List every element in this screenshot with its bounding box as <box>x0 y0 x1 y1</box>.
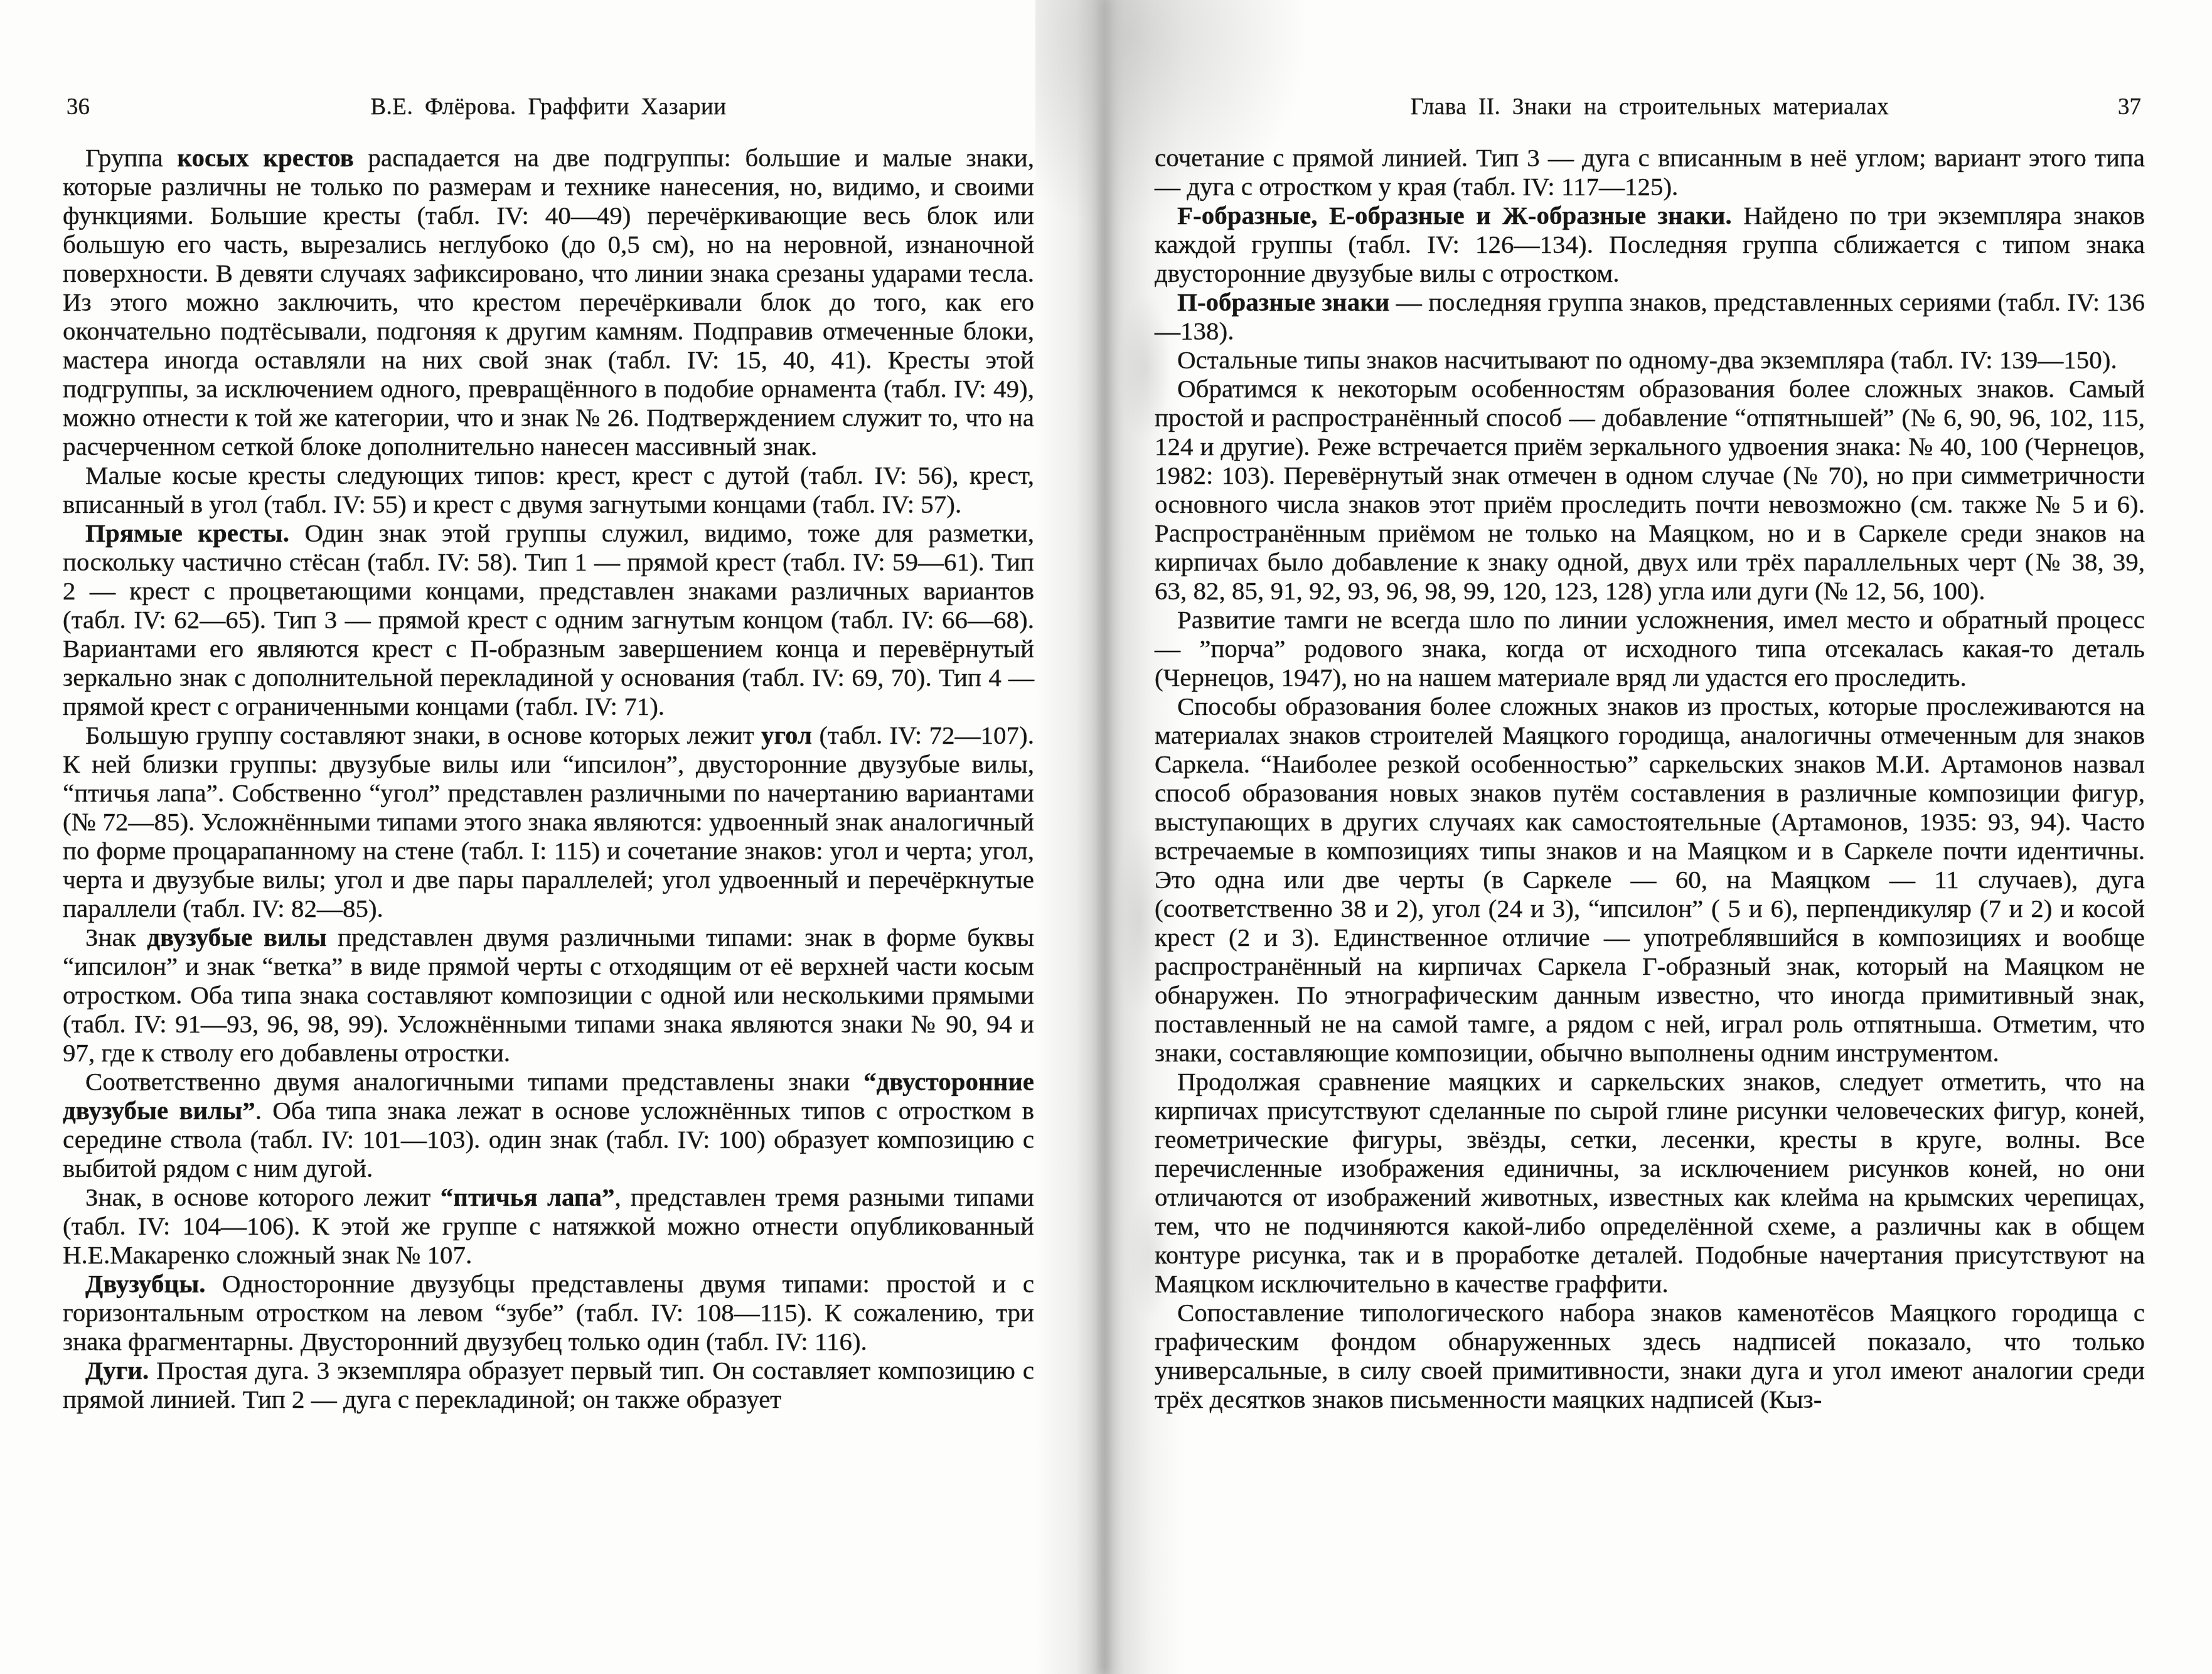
text-run: Один знак этой группы служил, видимо, то… <box>63 518 1034 721</box>
text-run: Способы образования более сложных знаков… <box>1155 692 2145 1067</box>
page-number-right: 37 <box>2118 92 2141 123</box>
text-run: Остальные типы знаков насчитывают по одн… <box>1177 345 2117 374</box>
bold-text-run: Двузубцы. <box>85 1269 205 1298</box>
paragraph: Соответственно двумя аналогичными типами… <box>63 1067 1034 1183</box>
paragraph: Развитие тамги не всегда шло по линии ус… <box>1155 605 2145 692</box>
paragraph: Большую группу составляют знаки, в основ… <box>63 721 1034 923</box>
text-run: сочетание с прямой линией. Тип 3 — дуга … <box>1155 143 2145 201</box>
bold-text-run: “птичья лапа” <box>441 1183 615 1211</box>
running-title-right: Глава II. Знаки на строительных материал… <box>1155 92 2145 123</box>
left-page-header: 36 В.Е. Флёрова. Граффити Хазарии <box>63 92 1034 123</box>
bold-text-run: F-образные, Е-образные и Ж-образные знак… <box>1177 201 1732 230</box>
text-run: Односторонние двузубцы представлены двум… <box>63 1269 1034 1356</box>
right-page: Глава II. Знаки на строительных материал… <box>1155 0 2145 1674</box>
paragraph: Группа косых крестов распадается на две … <box>63 143 1034 461</box>
text-run: Знак <box>85 923 147 952</box>
right-page-header: Глава II. Знаки на строительных материал… <box>1155 92 2145 123</box>
paragraph: Продолжая сравнение маяцких и саркельски… <box>1155 1067 2145 1298</box>
text-run: Соответственно двумя аналогичными типами… <box>85 1067 863 1096</box>
paragraph: Способы образования более сложных знаков… <box>1155 692 2145 1067</box>
bold-text-run: двузубые вилы <box>147 923 327 952</box>
left-page: 36 В.Е. Флёрова. Граффити Хазарии Группа… <box>63 0 1034 1674</box>
text-run: Развитие тамги не всегда шло по линии ус… <box>1155 605 2145 692</box>
bold-text-run: косых крестов <box>177 143 354 172</box>
paragraph: П-образные знаки — последняя группа знак… <box>1155 287 2145 345</box>
text-run: (табл. IV: 72—107). К ней близки группы:… <box>63 721 1034 923</box>
text-run: Продолжая сравнение маяцких и саркельски… <box>1155 1067 2145 1298</box>
paragraph: Двузубцы. Односторонние двузубцы предста… <box>63 1269 1034 1356</box>
paragraph: Малые косые кресты следующих типов: крес… <box>63 461 1034 518</box>
left-page-text: Группа косых крестов распадается на две … <box>63 143 1034 1414</box>
paragraph: Обратимся к некоторым особенностям образ… <box>1155 374 2145 605</box>
bold-text-run: Дуги. <box>85 1356 149 1385</box>
text-run: Простая дуга. 3 экземпляра образует перв… <box>63 1356 1034 1414</box>
paragraph: Прямые кресты. Один знак этой группы слу… <box>63 518 1034 721</box>
paragraph: Знак, в основе которого лежит “птичья ла… <box>63 1183 1034 1269</box>
page-number-left: 36 <box>67 92 90 123</box>
bold-text-run: угол <box>761 721 812 749</box>
book-scan: { "colors": { "paper": "#fdfdfc", "ink":… <box>0 0 2212 1674</box>
paragraph: Знак двузубые вилы представлен двумя раз… <box>63 923 1034 1067</box>
paragraph: F-образные, Е-образные и Ж-образные знак… <box>1155 201 2145 287</box>
text-run: Обратимся к некоторым особенностям образ… <box>1155 374 2145 605</box>
text-run: Знак, в основе которого лежит <box>85 1183 441 1211</box>
text-run: Группа <box>85 143 177 172</box>
paragraph: Сопоставление типологического набора зна… <box>1155 1298 2145 1414</box>
paragraph: Дуги. Простая дуга. 3 экземпляра образуе… <box>63 1356 1034 1414</box>
right-page-text: сочетание с прямой линией. Тип 3 — дуга … <box>1155 143 2145 1414</box>
text-run: Малые косые кресты следующих типов: крес… <box>63 461 1034 518</box>
bold-text-run: П-образные знаки <box>1177 287 1389 316</box>
text-run: Большую группу составляют знаки, в основ… <box>85 721 761 749</box>
bold-text-run: Прямые кресты. <box>85 518 289 547</box>
text-run: Сопоставление типологического набора зна… <box>1155 1298 2145 1414</box>
running-title-left: В.Е. Флёрова. Граффити Хазарии <box>63 92 1034 123</box>
paragraph: сочетание с прямой линией. Тип 3 — дуга … <box>1155 143 2145 201</box>
paragraph: Остальные типы знаков насчитывают по одн… <box>1155 345 2145 374</box>
text-run: распадается на две подгруппы: большие и … <box>63 143 1034 461</box>
